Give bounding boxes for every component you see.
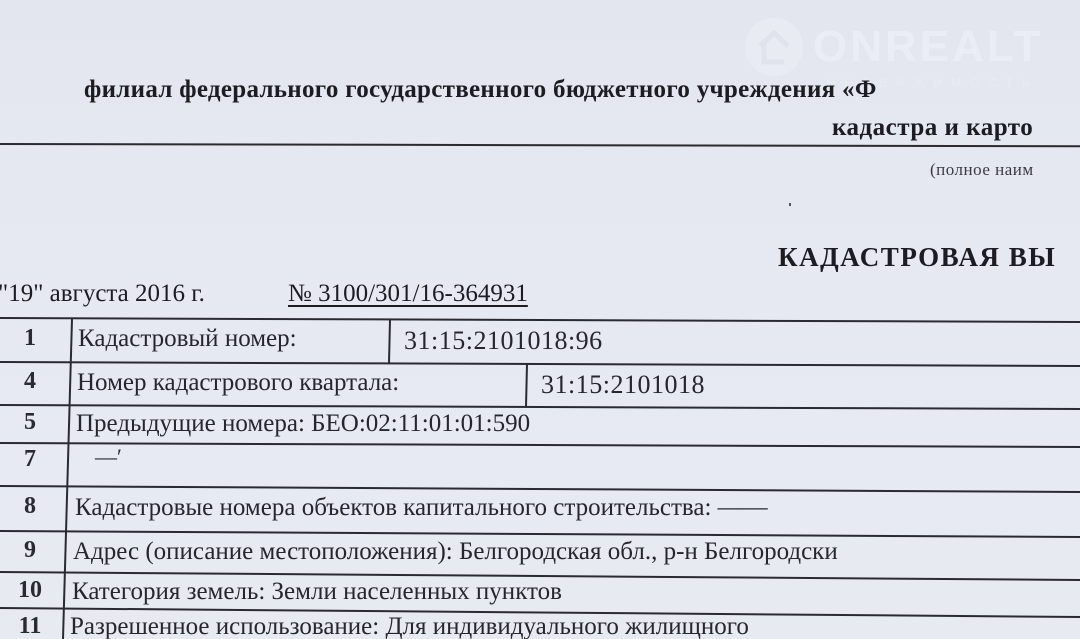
- organization-name-line1: филиал федерального государственного бюд…: [84, 76, 877, 104]
- capital-construction-numbers: Кадастровые номера объектов капитального…: [75, 494, 768, 522]
- watermark-brand: ONREALT: [813, 25, 1043, 69]
- land-category: Категория земель: Земли населенных пункт…: [72, 578, 562, 606]
- row-number: 4: [0, 368, 60, 395]
- document-page: ONREALT НЕДВИЖИМОСТЬ филиал федерального…: [0, 0, 1080, 639]
- row-number: 10: [0, 577, 60, 604]
- document-title: КАДАСТРОВАЯ ВЫ: [778, 242, 1056, 273]
- cadastral-number-label: Кадастровый номер:: [78, 325, 297, 353]
- row-number: 8: [0, 493, 60, 520]
- address: Адрес (описание местоположения): Белгоро…: [73, 538, 838, 566]
- document-number: № 3100/301/16-364931: [288, 280, 528, 308]
- row-number: 5: [0, 409, 60, 436]
- organization-caption: (полное наим: [930, 160, 1034, 180]
- previous-numbers: Предыдущие номера: БЕО:02:11:01:01:590: [76, 410, 530, 438]
- header-rule: [0, 143, 1080, 147]
- watermark: ONREALT НЕДВИЖИМОСТЬ: [745, 18, 1043, 76]
- row-number: 9: [0, 537, 60, 564]
- speck: [789, 203, 791, 206]
- cadastral-quarter-value: 31:15:2101018: [541, 370, 705, 400]
- row-number: 11: [0, 613, 60, 639]
- row-number: 1: [0, 325, 60, 352]
- cadastral-number-value: 31:15:2101018:96: [404, 326, 603, 356]
- row-7-value: —′: [95, 444, 122, 470]
- row-number: 7: [0, 446, 60, 473]
- organization-name-line2: кадастра и карто: [832, 114, 1033, 142]
- house-icon: [745, 18, 803, 76]
- cadastral-quarter-label: Номер кадастрового квартала:: [77, 369, 399, 397]
- document-date: "19" августа 2016 г.: [0, 280, 205, 308]
- permitted-use: Разрешенное использование: Для индивидуа…: [70, 613, 749, 639]
